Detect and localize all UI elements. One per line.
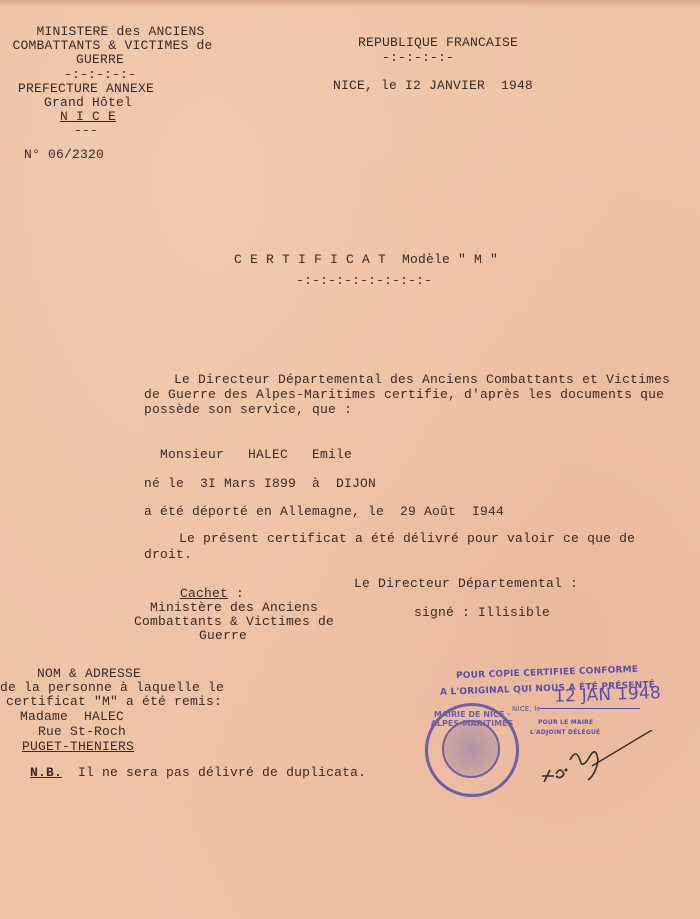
prefecture-annexe: PREFECTURE ANNEXE [0, 82, 172, 96]
deportation-details: a été déporté en Allemagne, le 29 Août I… [144, 505, 504, 519]
building-name: Grand Hôtel [0, 96, 176, 110]
cachet-line-1: Ministère des Anciens [128, 601, 340, 615]
nb-note: N.B. Il ne sera pas délivré de duplicata… [30, 766, 366, 780]
recipient-line-1: de la personne à laquelle le [0, 681, 224, 695]
certificate-title: C E R T I F I C A T Modèle " M " [234, 253, 498, 267]
town-hall-seal: MAIRIE DE NICE · ALPES-MARITIMES [425, 703, 519, 797]
republic-header: REPUBLIQUE FRANCAISE [358, 36, 518, 50]
city-rule: --- [0, 124, 172, 138]
intro-line-3: possède son service, que : [144, 403, 352, 417]
ministry-line-3: GUERRE [0, 53, 200, 67]
recipient-line-2: certificat "M" a été remis: [6, 695, 222, 709]
cachet-colon: : [228, 586, 244, 601]
seal-text: MAIRIE DE NICE · ALPES-MARITIMES [428, 710, 516, 728]
title-separator: -:-:-:-:-:-:-:-:- [296, 274, 432, 288]
ministry-line-2: COMBATTANTS & VICTIMES de [0, 39, 225, 53]
stamp-date: 12 JAN 1948 [554, 684, 662, 706]
handwritten-signature [540, 730, 660, 790]
ministry-line-1: MINISTERE des ANCIENS [8, 25, 233, 39]
signature-note: signé : Illisible [414, 606, 550, 620]
letterhead-separator: -:-:-:-:- [0, 68, 200, 82]
seal-emblem-icon [442, 720, 500, 778]
certificate-document: MINISTERE des ANCIENS COMBATTANTS & VICT… [0, 0, 700, 919]
stamp-place: NICE, le [512, 702, 541, 716]
validity-line-2: droit. [144, 548, 192, 562]
cachet-heading: Cachet : [180, 587, 244, 601]
recipient-street: Rue St-Roch [38, 725, 126, 739]
validity-line-1: Le présent certificat a été délivré pour… [179, 532, 635, 546]
reference-number: N° 06/2320 [24, 148, 104, 162]
director-title: Le Directeur Départemental : [354, 577, 578, 591]
intro-line-1: Le Directeur Départemental des Anciens C… [174, 373, 670, 387]
stamp-rule [540, 708, 640, 709]
intro-line-2: de Guerre des Alpes-Maritimes certifie, … [144, 388, 664, 402]
city-name: N I C E [0, 110, 176, 124]
nb-label: N.B. [30, 765, 62, 780]
birth-details: né le 3I Mars I899 à DIJON [144, 477, 376, 491]
recipient-name: Madame HALEC [20, 710, 124, 724]
recipient-heading: NOM & ADRESSE [37, 667, 141, 681]
republic-separator: -:-:-:-:- [382, 51, 454, 65]
cachet-line-3: Guerre [128, 629, 318, 643]
place-and-date: NICE, le I2 JANVIER 1948 [333, 79, 533, 93]
recipient-town: PUGET-THENIERS [22, 740, 134, 754]
cachet-label: Cachet [180, 586, 228, 601]
nb-text: Il ne sera pas délivré de duplicata. [78, 765, 366, 780]
cachet-line-2: Combattants & Victimes de [128, 615, 340, 629]
beneficiary-name: Monsieur HALEC Emile [160, 448, 352, 462]
